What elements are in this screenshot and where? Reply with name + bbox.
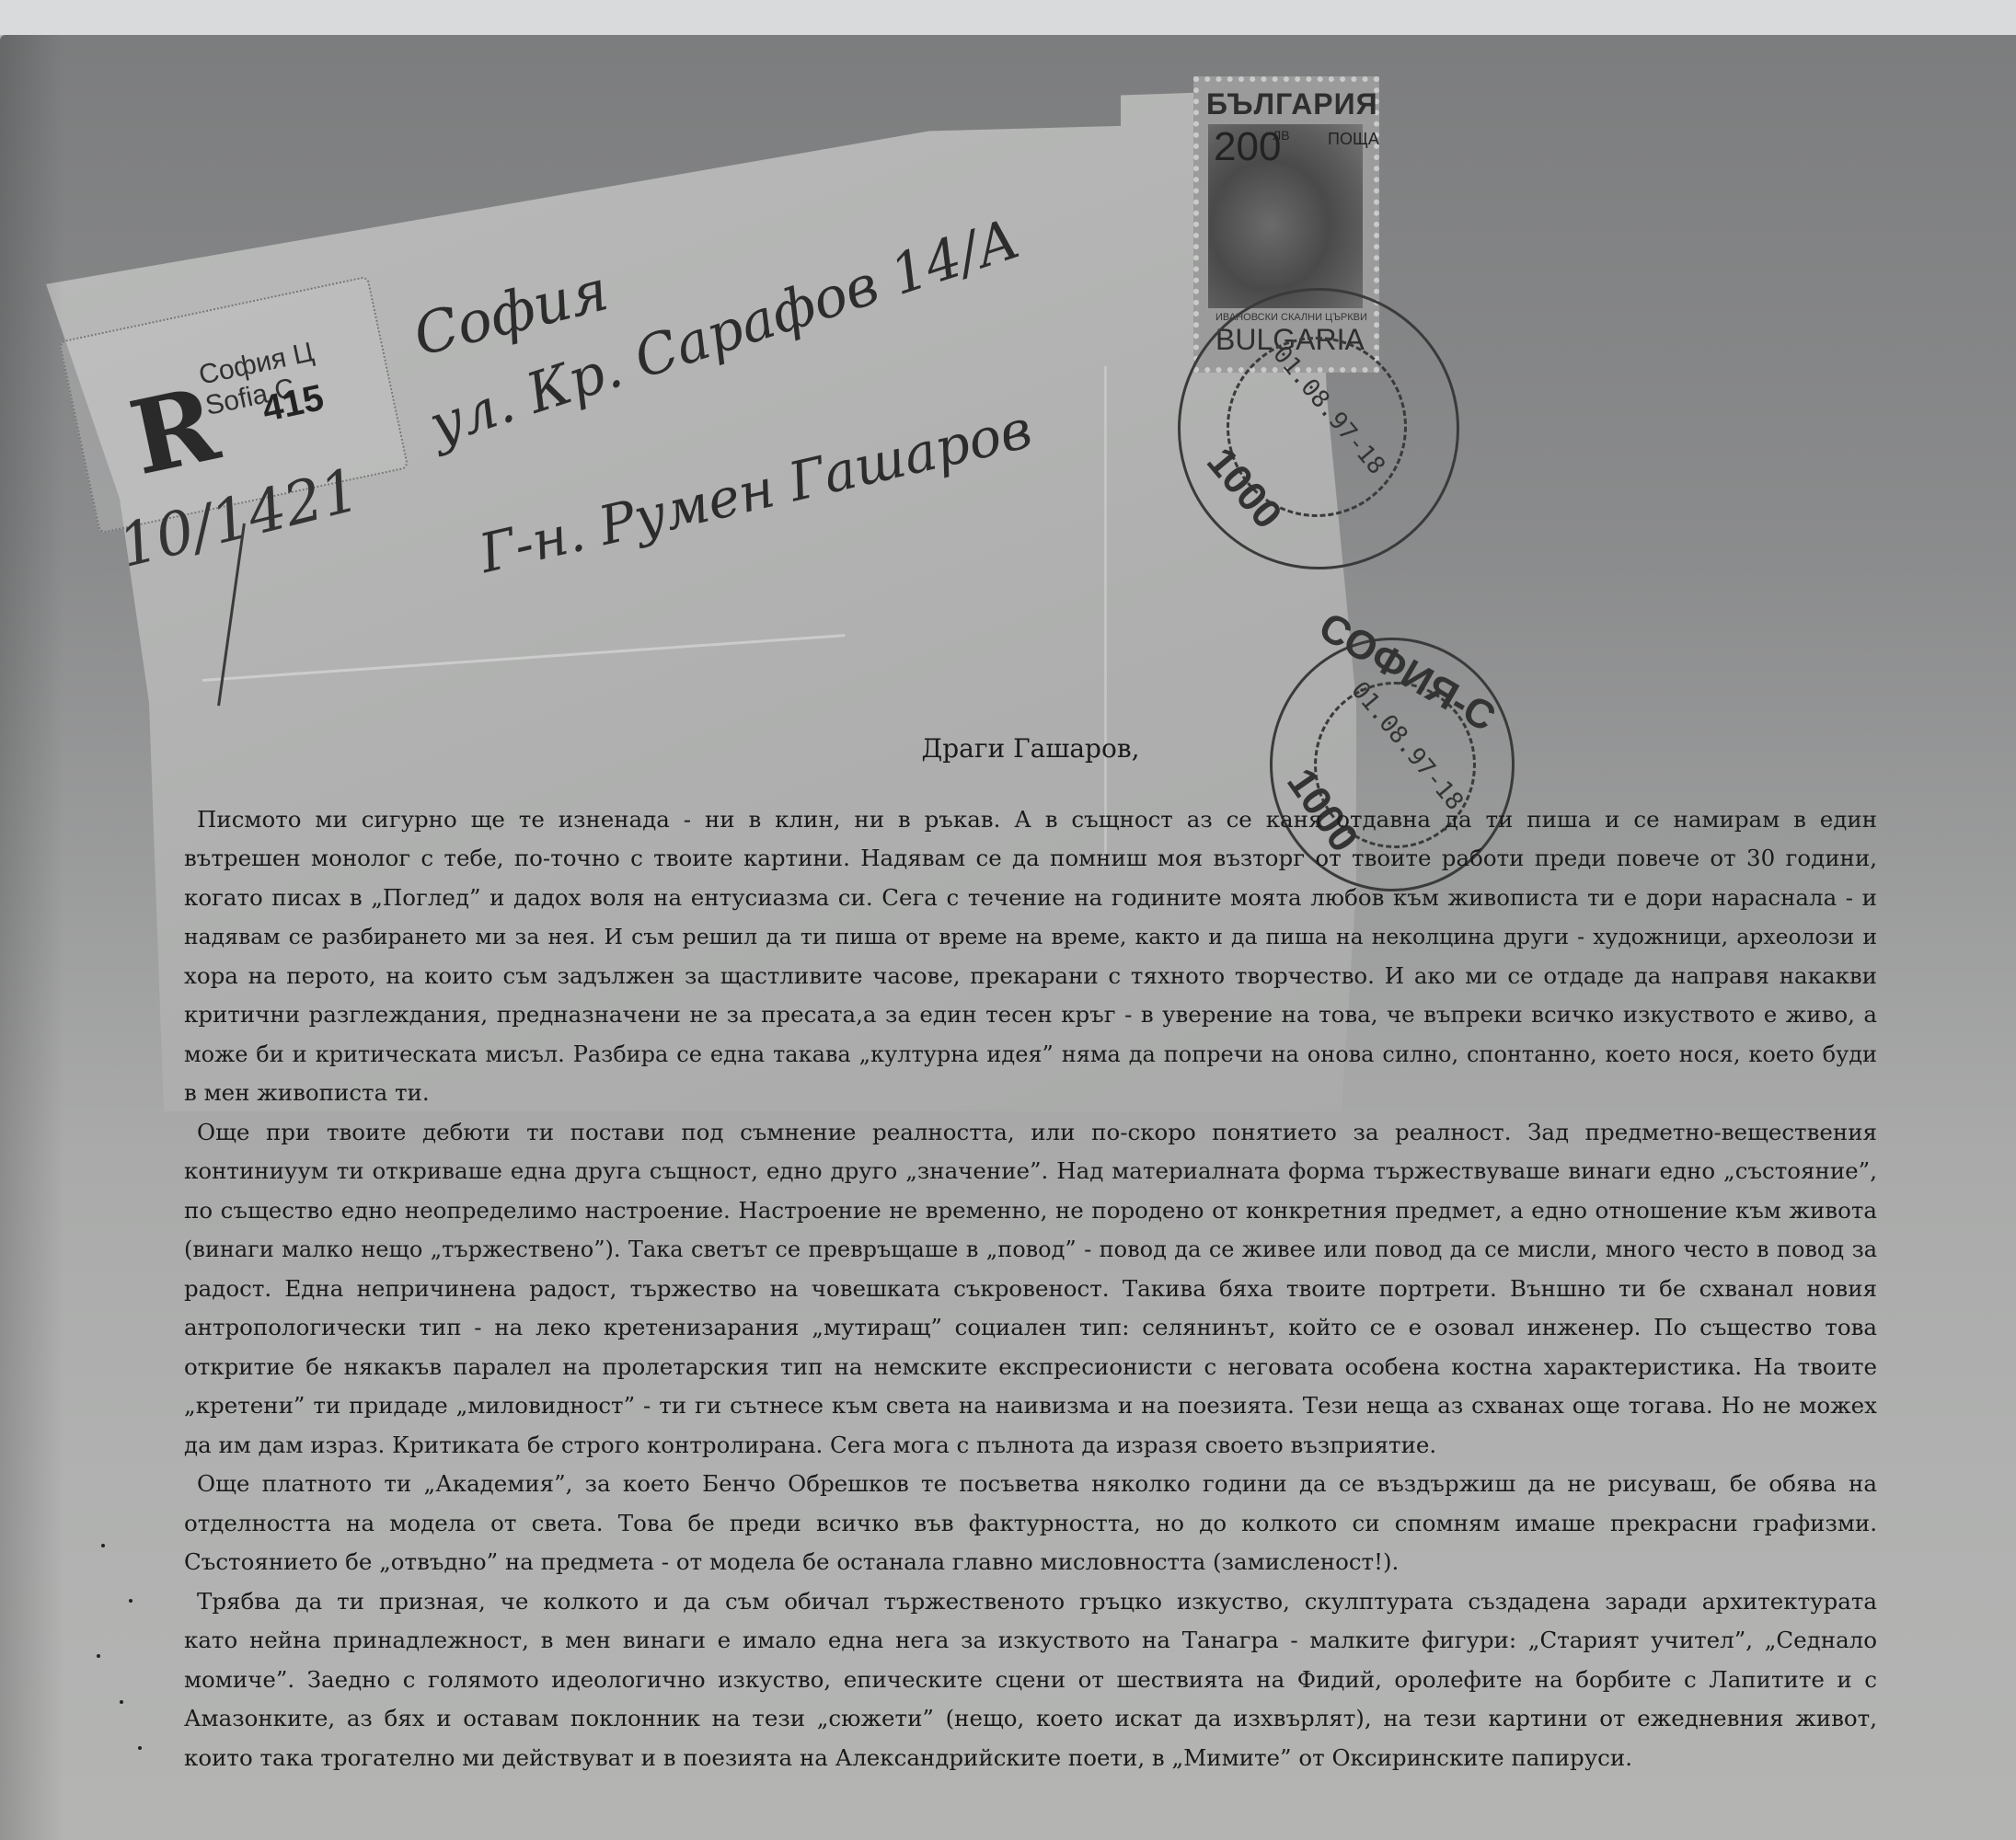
letter-line: (винаги малко нещо „тържествено”). Така …	[184, 1230, 1877, 1270]
letter-line: вътрешен монолог с тебе, по-точно с твои…	[184, 839, 1877, 879]
letter-line: критични разглеждания, предназначени не …	[184, 995, 1877, 1035]
letter-line: Трябва да ти призная, че колкото и да съ…	[184, 1582, 1877, 1622]
letter-line: Амазонките, аз бях и оставам поклонник н…	[184, 1699, 1877, 1739]
letter-paragraph: Още платното ти „Академия”, за което Бен…	[184, 1465, 1877, 1582]
letter-line: континиуум ти откриваше една друга същно…	[184, 1152, 1877, 1191]
letter-paragraph: Трябва да ти призная, че колкото и да съ…	[184, 1582, 1877, 1778]
letter-line: надявам се разбирането ми за нея. И съм …	[184, 917, 1877, 957]
stamp-value: 200	[1214, 124, 1281, 170]
letter-line: когато писах в „Поглед” и дадох воля на …	[184, 879, 1877, 918]
letter-body: Драги Гашаров, Писмото ми сигурно ще те …	[184, 730, 1877, 1777]
letter-line: откритие бе някакъв паралел на пролетарс…	[184, 1348, 1877, 1387]
letter-line: „кретени” ти придаде „миловидност” - ти …	[184, 1386, 1877, 1426]
stamp-country: БЪЛГАРИЯ	[1206, 87, 1378, 121]
letter-line: антропологически тип - на леко кретениза…	[184, 1308, 1877, 1348]
letter-line: отделността на модела от света. Това бе …	[184, 1504, 1877, 1544]
letter-line: да им дам израз. Критиката бе строго кон…	[184, 1426, 1877, 1466]
letter-line: момиче”. Заедно с голямото идеологично и…	[184, 1661, 1877, 1700]
letter-greeting: Драги Гашаров,	[184, 730, 1877, 769]
letter-line: в мен живописта ти.	[184, 1074, 1877, 1113]
letter-paragraph: Писмото ми сигурно ще те изненада - ни в…	[184, 800, 1877, 1113]
letter-line: Състоянието бе „отвъдно” на предмета - о…	[184, 1543, 1877, 1582]
letter-line: като нейна принадлежност, в мен винаги е…	[184, 1621, 1877, 1661]
letter-line: Още платното ти „Академия”, за което Бен…	[184, 1465, 1877, 1504]
stamp-value-unit: ЛВ	[1273, 128, 1290, 143]
letter-paragraph: Още при твоите дебюти ти постави под съм…	[184, 1113, 1877, 1466]
letter-paragraphs: Писмото ми сигурно ще те изненада - ни в…	[184, 800, 1877, 1778]
letter-line: Писмото ми сигурно ще те изненада - ни в…	[184, 800, 1877, 840]
book-page: R София Ц Sofia C 415 София ул. Кр. Сара…	[0, 35, 2016, 1840]
postmark: 01.08.97-18 1000	[1178, 288, 1459, 569]
letter-line: може би и критическата мисъл. Разбира се…	[184, 1035, 1877, 1075]
letter-line: които така трогателно ми действуват и в …	[184, 1739, 1877, 1778]
letter-line: по същество едно неопределимо настроение…	[184, 1191, 1877, 1231]
stamp-label: ПОЩА	[1328, 130, 1379, 149]
print-specks	[92, 1525, 166, 1765]
letter-line: хора на перото, на които съм задължен за…	[184, 957, 1877, 996]
letter-line: Още при твоите дебюти ти постави под съм…	[184, 1113, 1877, 1153]
letter-line: радост. Една непричинена радост, тържест…	[184, 1270, 1877, 1309]
